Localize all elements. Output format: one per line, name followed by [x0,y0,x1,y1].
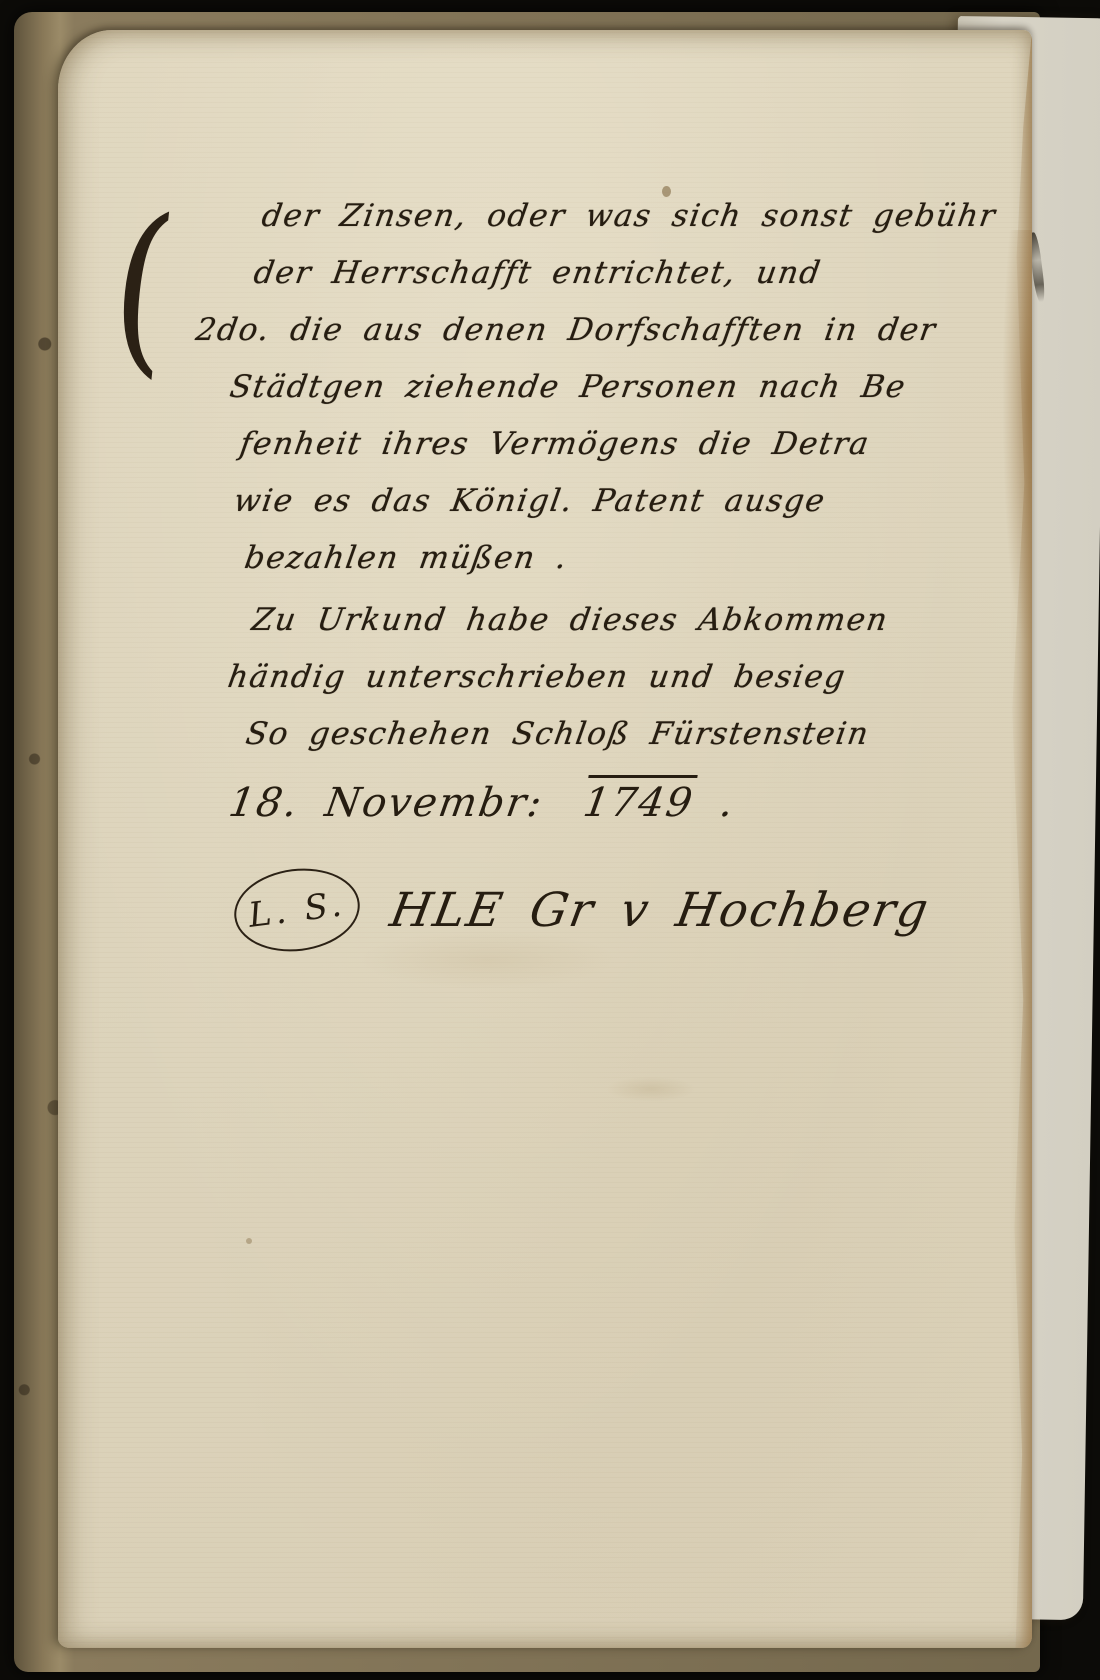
manuscript-line: der Herrschafft entrichtet, und [248,255,1032,312]
date-period: . [717,780,739,826]
date-day-month: 18. Novembr: [226,780,547,826]
manuscript-line: fenheit ihres Vermögens die Detra [234,426,1032,483]
opening-flourish: ( [104,191,181,381]
paper-fleck [246,1238,252,1244]
manuscript-line: der Zinsen, oder was sich sonst gebühr [256,198,1032,255]
manuscript-line: Zu Urkund habe dieses Abkommen [246,602,1032,659]
date-year: 1749 [580,775,698,826]
paper-fleck [662,186,671,197]
manuscript-line: händig unterschrieben und besieg [222,659,1032,716]
manuscript-scan: ( der Zinsen, oder was sich sonst gebühr… [0,0,1100,1680]
signature: HLE Gr v Hochberg [386,883,934,938]
manuscript-line: Städtgen ziehende Personen nach Be [224,369,1032,426]
seal-initials: L. S. [246,884,347,936]
seal-mark-oval: L. S. [229,862,364,959]
date-line: 18. Novembr: 1749 . [222,775,1032,849]
manuscript-line: bezahlen müßen . [238,540,1032,602]
manuscript-line: 2do. die aus denen Dorfschafften in der [190,312,1032,369]
manuscript-line: So geschehen Schloß Fürstenstein [240,716,1032,773]
handwritten-text-block: ( der Zinsen, oder was sich sonst gebühr… [176,198,1032,965]
manuscript-line: wie es das Königl. Patent ausge [228,483,1032,540]
signature-line: L. S. HLE Gr v Hochberg [234,855,1032,965]
manuscript-page: ( der Zinsen, oder was sich sonst gebühr… [58,30,1032,1648]
ink-showthrough [606,1076,696,1102]
